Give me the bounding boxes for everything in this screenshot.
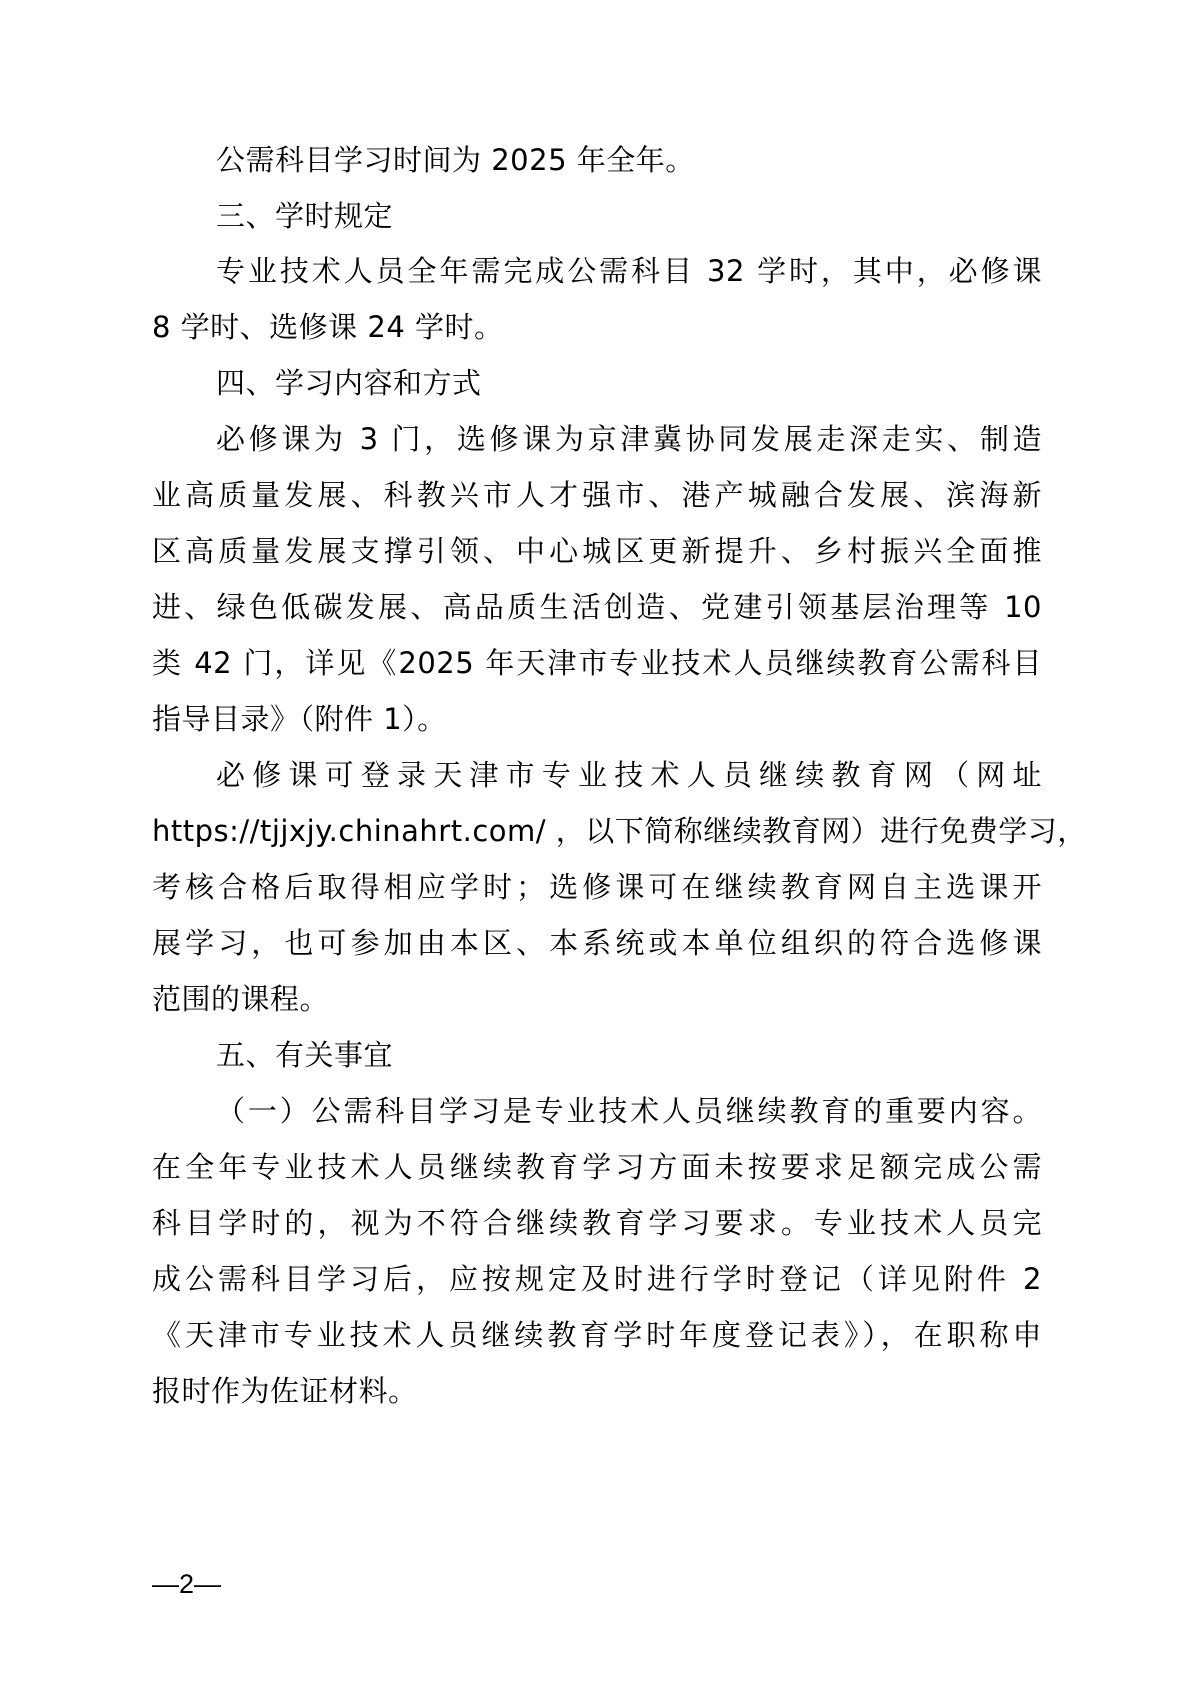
paragraph-website-line-3: 考核合格后取得相应学时；选修课可在继续教育网自主选课开 bbox=[152, 869, 1042, 905]
paragraph-website-line-1: 必修课可登录天津市专业技术人员继续教育网（网址 bbox=[216, 757, 1042, 793]
paragraph-content-line-3: 区高质量发展支撑引领、中心城区更新提升、乡村振兴全面推 bbox=[152, 533, 1042, 569]
paragraph-website-line-4: 展学习，也可参加由本区、本系统或本单位组织的符合选修课 bbox=[152, 925, 1042, 961]
paragraph-credit-hours-line-1: 专业技术人员全年需完成公需科目 32 学时，其中，必修课 bbox=[216, 253, 1042, 289]
paragraph-credit-hours-line-2: 8 学时、选修课 24 学时。 bbox=[152, 309, 1042, 345]
section-heading-3: 三、学时规定 bbox=[216, 198, 1106, 234]
paragraph-matters-line-3: 科目学时的，视为不符合继续教育学习要求。专业技术人员完 bbox=[152, 1205, 1042, 1241]
paragraph-content-line-4: 进、绿色低碳发展、高品质生活创造、党建引领基层治理等 10 bbox=[152, 589, 1042, 625]
paragraph-matters-line-4: 成公需科目学习后，应按规定及时进行学时登记（详见附件 2 bbox=[152, 1261, 1042, 1297]
paragraph-website-line-5: 范围的课程。 bbox=[152, 981, 1042, 1017]
section-heading-4: 四、学习内容和方式 bbox=[216, 365, 1106, 401]
paragraph-matters-line-6: 报时作为佐证材料。 bbox=[152, 1373, 1042, 1409]
document-page: 公需科目学习时间为 2025 年全年。 三、学时规定 专业技术人员全年需完成公需… bbox=[0, 0, 1191, 1684]
paragraph-study-period: 公需科目学习时间为 2025 年全年。 bbox=[216, 142, 1106, 178]
page-number: —2— bbox=[152, 1568, 221, 1600]
section-heading-5: 五、有关事宜 bbox=[216, 1037, 1106, 1073]
paragraph-matters-line-1: （一）公需科目学习是专业技术人员继续教育的重要内容。 bbox=[216, 1093, 1042, 1129]
paragraph-matters-line-5: 《天津市专业技术人员继续教育学时年度登记表》），在职称申 bbox=[152, 1317, 1042, 1353]
paragraph-content-line-6: 指导目录》（附件 1）。 bbox=[152, 701, 1042, 737]
paragraph-content-line-1: 必修课为 3 门，选修课为京津冀协同发展走深走实、制造 bbox=[216, 421, 1042, 457]
paragraph-matters-line-2: 在全年专业技术人员继续教育学习方面未按要求足额完成公需 bbox=[152, 1149, 1042, 1185]
paragraph-content-line-2: 业高质量发展、科教兴市人才强市、港产城融合发展、滨海新 bbox=[152, 477, 1042, 513]
paragraph-website-line-2: https://tjjxjy.chinahrt.com/ ，以下简称继续教育网）… bbox=[152, 813, 1042, 849]
paragraph-content-line-5: 类 42 门，详见《2025 年天津市专业技术人员继续教育公需科目 bbox=[152, 645, 1042, 681]
